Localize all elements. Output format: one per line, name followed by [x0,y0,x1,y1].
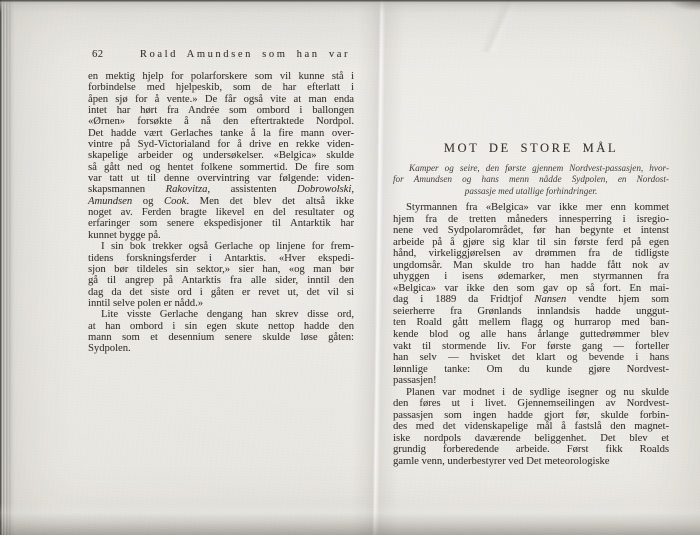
photo-vignette [0,0,700,535]
book-spread-scan: 62 Roald Amundsen som han var en mektig … [0,0,700,535]
